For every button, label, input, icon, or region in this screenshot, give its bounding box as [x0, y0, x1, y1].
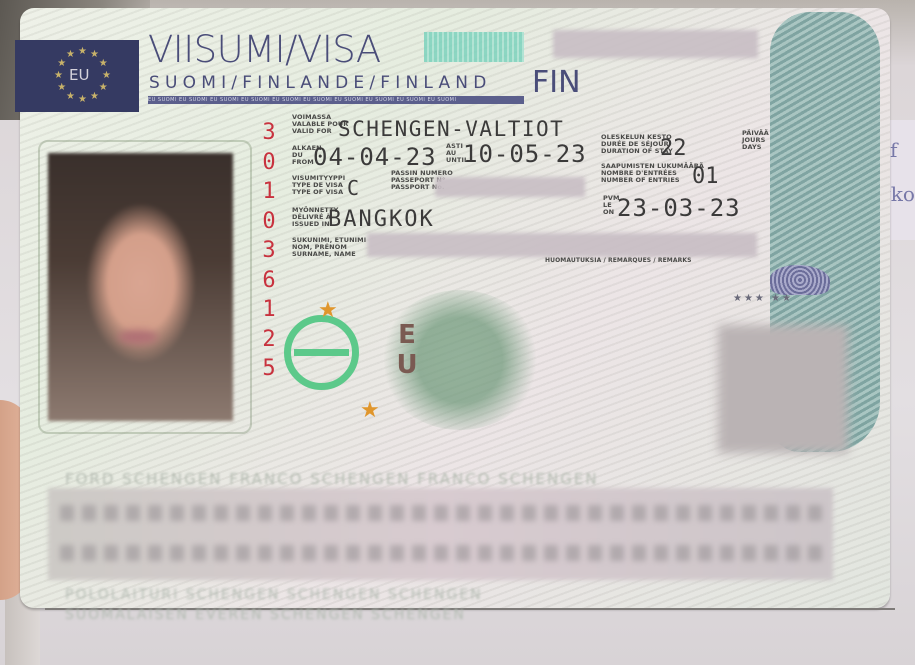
- label-days: PÄIVÄÄJOURSDAYS: [742, 130, 769, 151]
- value-issue-date: 23-03-23: [617, 194, 741, 222]
- mrz-line: [60, 545, 830, 561]
- eu-star-icon: ★: [54, 71, 63, 81]
- hologram-eu-letters: EU: [392, 320, 422, 380]
- redacted-name: [367, 233, 757, 257]
- label-type-of-visa: VISUMITYYPPITYPE DE VISATYPE OF VISA: [292, 175, 345, 196]
- eu-star-icon: ★: [57, 83, 66, 93]
- serial-digit: 2: [258, 325, 280, 355]
- eu-flag-icon: ★★★★★★★★★★★★ EU: [15, 40, 139, 112]
- visa-subtitle: SUOMI/FINLANDE/FINLAND: [149, 73, 492, 93]
- serial-digit: 6: [258, 266, 280, 296]
- eu-star-icon: ★: [66, 50, 75, 60]
- hologram-letter: U: [392, 350, 422, 380]
- eu-star-icon: ★: [99, 59, 108, 69]
- serial-digit: 3: [258, 118, 280, 148]
- eu-star-icon: ★: [90, 50, 99, 60]
- redacted-passport-number: [435, 177, 585, 197]
- serial-digit: 0: [258, 207, 280, 237]
- serial-digit: 0: [258, 148, 280, 178]
- holder-photo: [48, 153, 233, 421]
- value-from: 04-04-23: [313, 143, 437, 171]
- eu-star-icon: ★: [102, 71, 111, 81]
- hologram-letter: E: [392, 320, 422, 350]
- hologram-seal-bar: [294, 349, 349, 356]
- redacted-block: [553, 30, 758, 58]
- eu-star-icon: ★: [66, 92, 75, 102]
- stars-row: ★★★ ★★: [733, 293, 793, 304]
- mrz-background-text: FORD SCHENGEN FRANCO SCHENGEN FRANCO SCH…: [65, 470, 865, 490]
- serial-digit: 3: [258, 236, 280, 266]
- label-surname-name: SUKUNIMI, ETUNIMINOM, PRÉNOMSURNAME, NAM…: [292, 237, 366, 258]
- eu-star-icon: ★: [90, 92, 99, 102]
- microprint-band: EU SUOMI EU SUOMI EU SUOMI EU SUOMI EU S…: [148, 96, 524, 104]
- label-number-of-entries: SAAPUMISTEN LUKUMÄÄRÄNOMBRE D'ENTRÉESNUM…: [601, 163, 704, 184]
- value-until: 10-05-23: [463, 140, 587, 168]
- eu-star-icon: ★: [99, 83, 108, 93]
- visa-title: VIISUMI/VISA: [148, 28, 381, 71]
- hologram-fin-strip: [424, 32, 524, 62]
- eu-star-icon: ★: [57, 59, 66, 69]
- eu-star-icon: ★: [78, 95, 87, 105]
- gold-star-icon: ★: [360, 398, 380, 423]
- value-issued-in: BANGKOK: [328, 207, 435, 232]
- redacted-code: [718, 325, 848, 453]
- serial-digit: 1: [258, 177, 280, 207]
- mrz-line: [60, 505, 830, 521]
- country-code: FIN: [532, 65, 581, 100]
- gold-star-icon: ★: [318, 298, 338, 323]
- value-number-of-entries: 01: [692, 164, 719, 189]
- serial-number: 301036125: [258, 118, 280, 384]
- value-valid-for: SCHENGEN-VALTIOT: [338, 117, 564, 141]
- value-type-of-visa: C: [347, 176, 359, 200]
- mrz-background-text: POLOLAITURI SCHENGEN SCHENGEN SCHENGENSU…: [65, 585, 845, 625]
- rhino-emblem-icon: [770, 265, 830, 295]
- eu-flag-text: EU: [69, 66, 89, 84]
- photo-detail: [118, 330, 158, 344]
- redacted-mrz: [48, 488, 833, 580]
- label-remarks: HUOMAUTUKSIA / REMARQUES / REMARKS: [545, 257, 692, 264]
- serial-digit: 5: [258, 354, 280, 384]
- eu-star-icon: ★: [78, 47, 87, 57]
- serial-digit: 1: [258, 295, 280, 325]
- microprint-text: EU SUOMI EU SUOMI EU SUOMI EU SUOMI EU S…: [148, 96, 524, 104]
- value-duration-of-stay: 22: [660, 136, 687, 161]
